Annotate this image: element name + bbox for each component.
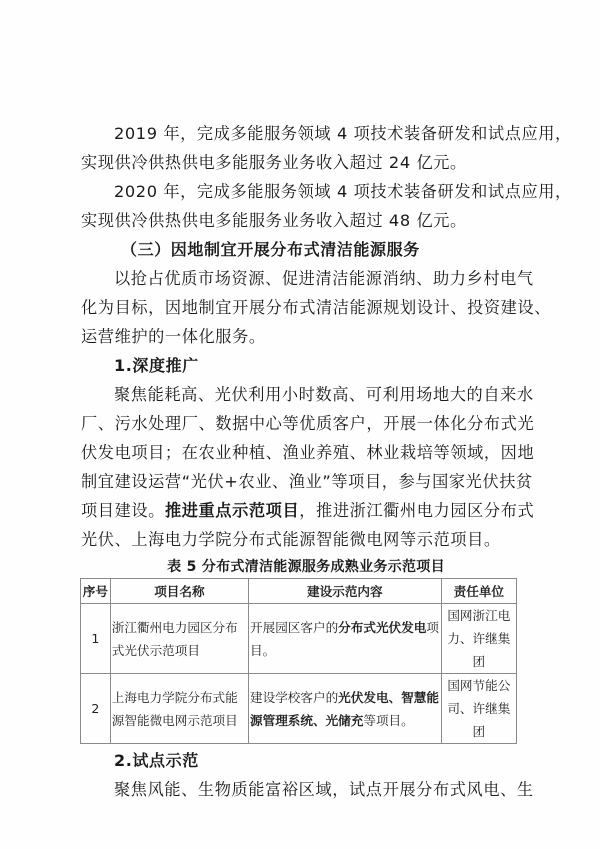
subsection-1-heading: 1.深度推广	[81, 351, 521, 380]
document-page: 2019 年，完成多能服务领域 4 项技术装备研发和试点应用， 实现供冷供热供电…	[81, 119, 521, 804]
section-3-intro-line2: 化为目标，因地制宜开展分布式清洁能源规划设计、投资建设、	[81, 293, 521, 322]
subsection-1-line4: 制宜建设运营“光伏+农业、渔业”等项目，参与国家光伏扶贫	[81, 467, 521, 496]
subsection-2-heading: 2.试点示范	[81, 746, 521, 775]
header-unit: 责任单位	[441, 579, 516, 604]
cell-content: 建设学校客户的光伏发电、智慧能源管理系统、光储充等项目。	[249, 674, 442, 744]
subsection-1-line1: 聚焦能耗高、光伏利用小时数高、可利用场地大的自来水	[81, 380, 521, 409]
content-text: 建设学校客户的	[250, 690, 338, 705]
cell-no: 2	[81, 674, 111, 744]
section-3-intro-line1: 以抢占优质市场资源、促进清洁能源消纳、助力乡村电气	[81, 264, 521, 293]
table-row: 1 浙江衢州电力园区分布式光伏示范项目 开展园区客户的分布式光伏发电项目。 国网…	[81, 604, 517, 674]
header-content: 建设示范内容	[249, 579, 442, 604]
cell-project-name: 浙江衢州电力园区分布式光伏示范项目	[110, 604, 248, 674]
paragraph-2020-line2: 实现供冷供热供电多能服务业务收入超过 48 亿元。	[81, 206, 521, 235]
cell-content: 开展园区客户的分布式光伏发电项目。	[249, 604, 442, 674]
line5-text: 项目建设。	[81, 501, 165, 520]
paragraph-2019-line1: 2019 年，完成多能服务领域 4 项技术装备研发和试点应用，	[81, 119, 521, 148]
line5-bold-text: 推进重点示范项目	[165, 501, 299, 520]
line5-text-end: ，推进浙江衢州电力园区分布式	[299, 501, 534, 520]
cell-no: 1	[81, 604, 111, 674]
content-text-end: 等项目。	[363, 713, 413, 728]
table-row: 2 上海电力学院分布式能源智能微电网示范项目 建设学校客户的光伏发电、智慧能源管…	[81, 674, 517, 744]
content-text: 开展园区客户的	[250, 620, 338, 635]
cell-project-name: 上海电力学院分布式能源智能微电网示范项目	[110, 674, 248, 744]
demo-projects-table: 序号 项目名称 建设示范内容 责任单位 1 浙江衢州电力园区分布式光伏示范项目 …	[80, 578, 517, 744]
cell-unit: 国网节能公司、许继集团	[441, 674, 516, 744]
header-no: 序号	[81, 579, 111, 604]
subsection-1-line3: 伏发电项目；在农业种植、渔业养殖、林业栽培等领域，因地	[81, 438, 521, 467]
content-bold-text: 分布式光伏发电	[338, 620, 426, 635]
subsection-1-line5: 项目建设。推进重点示范项目，推进浙江衢州电力园区分布式	[81, 496, 521, 525]
table-caption: 表 5 分布式清洁能源服务成熟业务示范项目	[81, 556, 521, 578]
subsection-1-line6: 光伏、上海电力学院分布式能源智能微电网等示范项目。	[81, 525, 521, 554]
table-header-row: 序号 项目名称 建设示范内容 责任单位	[81, 579, 517, 604]
header-project-name: 项目名称	[110, 579, 248, 604]
paragraph-2020-line1: 2020 年，完成多能服务领域 4 项技术装备研发和试点应用，	[81, 177, 521, 206]
cell-unit: 国网浙江电力、许继集团	[441, 604, 516, 674]
section-3-intro-line3: 运营维护的一体化服务。	[81, 322, 521, 351]
paragraph-2019-line2: 实现供冷供热供电多能服务业务收入超过 24 亿元。	[81, 148, 521, 177]
subsection-2-line1: 聚焦风能、生物质能富裕区域，试点开展分布式风电、生	[81, 775, 521, 804]
section-3-heading: （三）因地制宜开展分布式清洁能源服务	[81, 235, 521, 264]
subsection-1-line2: 厂、污水处理厂、数据中心等优质客户，开展一体化分布式光	[81, 409, 521, 438]
